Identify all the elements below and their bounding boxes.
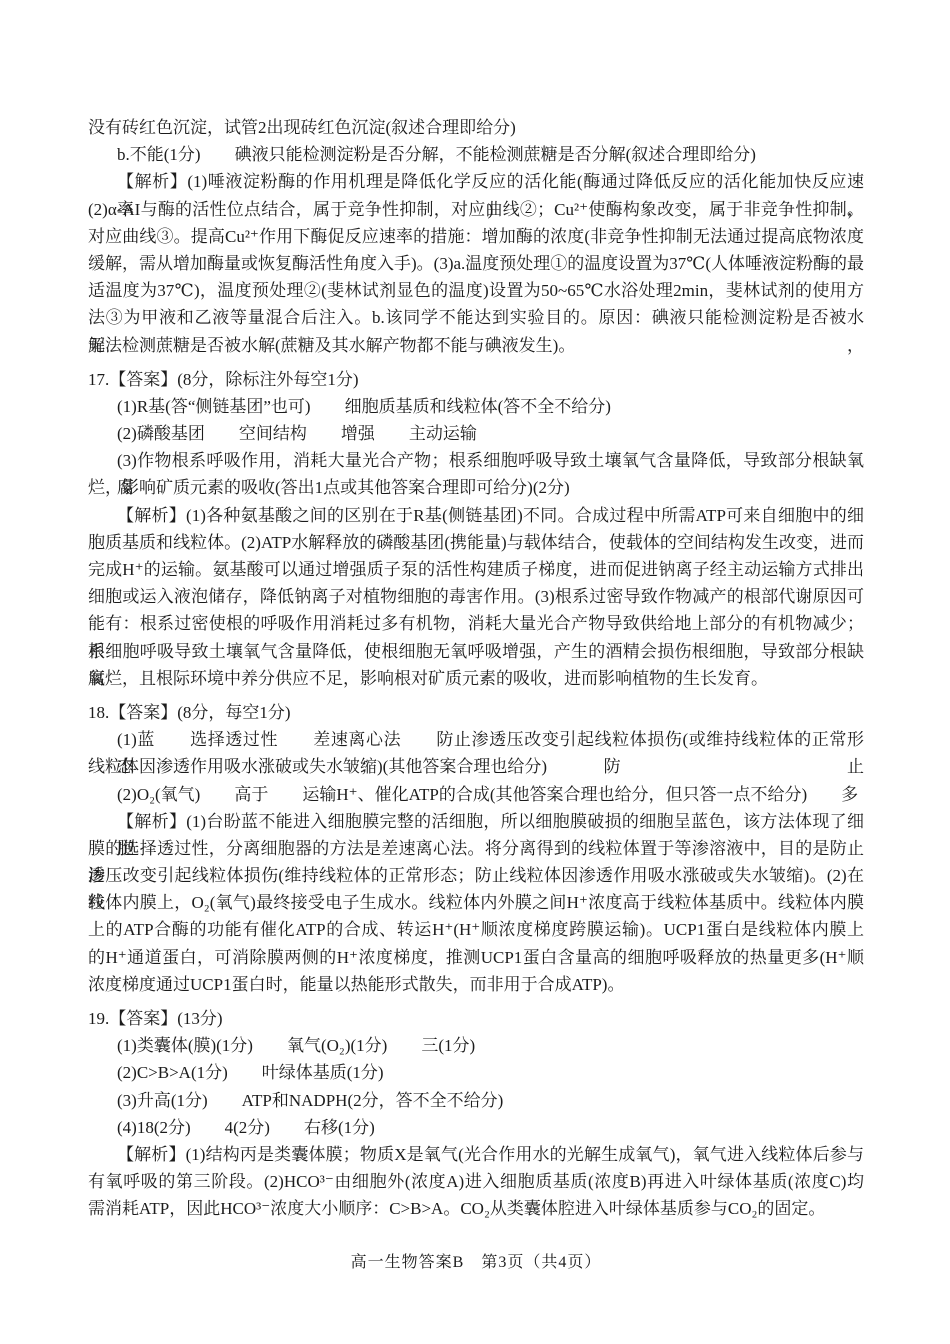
text-line: (2)O₂(氧气) 高于 运输H⁺、催化ATP的合成(其他答案合理也给分，但只答… <box>88 781 864 808</box>
exam-answer-key-page: 没有砖红色沉淀，试管2出现砖红色沉淀(叙述合理即给分)b.不能(1分) 碘液只能… <box>0 0 950 1344</box>
text-line: 腐烂，且根际环境中养分供应不足，影响根对矿质元素的吸收，进而影响植物的生长发育。 <box>88 665 864 692</box>
text-line: 粒体内膜上，O₂(氧气)最终接受电子生成水。线粒体内外膜之间H⁺浓度高于线粒体基… <box>88 889 864 916</box>
text-line: 缓解，需从增加酶量或恢复酶活性角度入手)。(3)a.温度预处理①的温度设置为37… <box>88 250 864 277</box>
text-line: 18.【答案】(8分，每空1分) <box>88 699 864 726</box>
text-line: 烂，影响矿质元素的吸收(答出1点或其他答案合理即可给分)(2分) <box>88 474 864 501</box>
text-line: (3)升高(1分) ATP和NADPH(2分，答不全不给分) <box>88 1087 864 1114</box>
text-line: 浓度梯度通过UCP1蛋白时，能量以热能形式散失，而非用于合成ATP)。 <box>88 971 864 998</box>
text-line: 能有：根系过密使根的呼吸作用消耗过多有机物，消耗大量光合产物导致供给地上部分的有… <box>88 610 864 637</box>
text-line: 膜的选择透过性，分离细胞器的方法是差速离心法。将分离得到的线粒体置于等渗溶液中，… <box>88 835 864 862</box>
text-line: 17.【答案】(8分，除标注外每空1分) <box>88 366 864 393</box>
text-line: (4)18(2分) 4(2分) 右移(1分) <box>88 1114 864 1141</box>
text-line: 【解析】(1)唾液淀粉酶的作用机理是降低化学反应的活化能(酶通过降低反应的活化能… <box>88 168 864 195</box>
text-line: (1)R基(答“侧链基团”也可) 细胞质基质和线粒体(答不全不给分) <box>88 393 864 420</box>
answer-sections: 没有砖红色沉淀，试管2出现砖红色沉淀(叙述合理即给分)b.不能(1分) 碘液只能… <box>88 114 864 1223</box>
text-line: 透压改变引起线粒体损伤(维持线粒体的正常形态；防止线粒体因渗透作用吸水涨破或失水… <box>88 862 864 889</box>
text-line: 胞质基质和线粒体。(2)ATP水解释放的磷酸基团(携能量)与载体结合，使载体的空… <box>88 529 864 556</box>
q18-answer: 18.【答案】(8分，每空1分)(1)蓝 选择透过性 差速离心法 防止渗透压改变… <box>88 699 864 998</box>
text-line: 上的ATP合酶的功能有催化ATP的合成、转运H⁺(H⁺顺浓度梯度跨膜运输)。UC… <box>88 916 864 943</box>
text-line: (1)蓝 选择透过性 差速离心法 防止渗透压改变引起线粒体损伤(或维持线粒体的正… <box>88 726 864 753</box>
text-line: 的H⁺通道蛋白，可消除膜两侧的H⁺浓度梯度，推测UCP1蛋白含量高的细胞呼吸释放… <box>88 944 864 971</box>
text-line: 对应曲线③。提高Cu²⁺作用下酶促反应速率的措施：增加酶的浓度(非竞争性抑制无法… <box>88 223 864 250</box>
q17-answer: 17.【答案】(8分，除标注外每空1分)(1)R基(答“侧链基团”也可) 细胞质… <box>88 366 864 692</box>
q16-answer-continuation: 没有砖红色沉淀，试管2出现砖红色沉淀(叙述合理即给分)b.不能(1分) 碘液只能… <box>88 114 864 359</box>
text-line: b.不能(1分) 碘液只能检测淀粉是否分解，不能检测蔗糖是否分解(叙述合理即给分… <box>88 141 864 168</box>
text-line: 完成H⁺的运输。氨基酸可以通过增强质子泵的活性构建质子梯度，进而促进钠离子经主动… <box>88 556 864 583</box>
footer-text: 高一生物答案B 第3页（共4页） <box>351 1254 602 1271</box>
page-footer: 高一生物答案B 第3页（共4页） <box>88 1249 864 1276</box>
text-line: 【解析】(1)结构丙是类囊体膜；物质X是氧气(光合作用水的光解生成氧气)，氧气进… <box>88 1141 864 1168</box>
text-line: (2)磷酸基团 空间结构 增强 主动运输 <box>88 420 864 447</box>
text-line: 法③为甲液和乙液等量混合后注入。b.该同学不能达到实验目的。原因：碘液只能检测淀… <box>88 304 864 331</box>
text-line: 没有砖红色沉淀，试管2出现砖红色沉淀(叙述合理即给分) <box>88 114 864 141</box>
text-line: 【解析】(1)台盼蓝不能进入细胞膜完整的活细胞，所以细胞膜破损的细胞呈蓝色，该方… <box>88 808 864 835</box>
text-line: 有氧呼吸的第三阶段。(2)HCO³⁻由细胞外(浓度A)进入细胞质基质(浓度B)再… <box>88 1168 864 1195</box>
text-line: (1)类囊体(膜)(1分) 氧气(O₂)(1分) 三(1分) <box>88 1032 864 1059</box>
text-line: (2)α-AI与酶的活性位点结合，属于竞争性抑制，对应曲线②；Cu²⁺使酶构象改… <box>88 196 864 223</box>
text-line: (3)作物根系呼吸作用，消耗大量光合产物；根系细胞呼吸导致土壤氧气含量降低，导致… <box>88 447 864 474</box>
text-line: 【解析】(1)各种氨基酸之间的区别在于R基(侧链基团)不同。合成过程中所需ATP… <box>88 502 864 529</box>
q19-answer: 19.【答案】(13分)(1)类囊体(膜)(1分) 氧气(O₂)(1分) 三(1… <box>88 1005 864 1223</box>
text-line: 19.【答案】(13分) <box>88 1005 864 1032</box>
text-line: 系细胞呼吸导致土壤氧气含量降低，使根细胞无氧呼吸增强，产生的酒精会损伤根细胞，导… <box>88 638 864 665</box>
text-line: 细胞或运入液泡储存，降低钠离子对植物细胞的毒害作用。(3)根系过密导致作物减产的… <box>88 583 864 610</box>
text-line: 适温度为37℃)，温度预处理②(斐林试剂显色的温度)设置为50~65℃水浴处理2… <box>88 277 864 304</box>
text-line: 需消耗ATP，因此HCO³⁻浓度大小顺序：C>B>A。CO₂从类囊体腔进入叶绿体… <box>88 1195 864 1222</box>
text-line: (2)C>B>A(1分) 叶绿体基质(1分) <box>88 1059 864 1086</box>
